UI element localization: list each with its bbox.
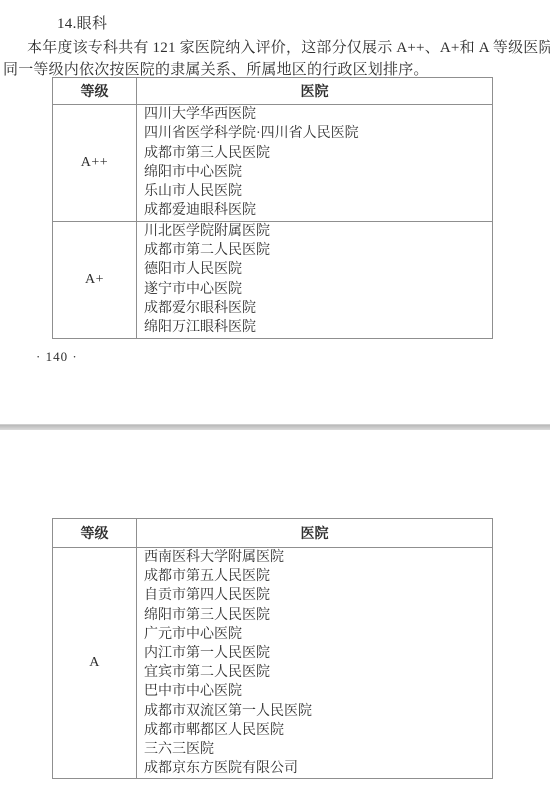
grade-table-page1: 等级 医院 A++ 四川大学华西医院四川省医学科学院·四川省人民医院成都市第三人…	[52, 77, 493, 339]
grade-table-page2: 等级 医院 A 西南医科大学附属医院成都市第五人民医院自贡市第四人民医院绵阳市第…	[52, 518, 493, 779]
hospital-name: 乐山市人民医院	[144, 182, 492, 201]
hospital-name: 四川大学华西医院	[144, 105, 492, 124]
hospital-name: 遂宁市中心医院	[144, 280, 492, 299]
hospital-name: 广元市中心医院	[144, 625, 492, 644]
document-page-1: 14.眼科 本年度该专科共有 121 家医院纳入评价，这部分仅展示 A++、A+…	[0, 0, 550, 424]
intro-paragraph-line-1: 本年度该专科共有 121 家医院纳入评价，这部分仅展示 A++、A+和 A 等级…	[27, 36, 550, 57]
hospital-name: 成都爱迪眼科医院	[144, 201, 492, 220]
grade-group-a-plus-plus: A++ 四川大学华西医院四川省医学科学院·四川省人民医院成都市第三人民医院绵阳市…	[53, 105, 492, 222]
column-header-grade: 等级	[53, 519, 137, 547]
column-header-hospital: 医院	[137, 78, 492, 104]
hospital-name: 成都市第三人民医院	[144, 144, 492, 163]
hospital-name: 四川省医学科学院·四川省人民医院	[144, 124, 492, 143]
hospital-list: 四川大学华西医院四川省医学科学院·四川省人民医院成都市第三人民医院绵阳市中心医院…	[137, 105, 492, 221]
hospital-name: 成都市第二人民医院	[144, 241, 492, 260]
hospital-name: 德阳市人民医院	[144, 260, 492, 279]
page-number: · 140 ·	[36, 349, 78, 365]
grade-label: A++	[53, 105, 137, 221]
hospital-name: 成都市第五人民医院	[144, 567, 492, 586]
hospital-name: 川北医学院附属医院	[144, 222, 492, 241]
hospital-name: 内江市第一人民医院	[144, 644, 492, 663]
intro-paragraph-line-2: 同一等级内依次按医院的隶属关系、所属地区的行政区划排序。	[3, 58, 429, 79]
hospital-name: 绵阳市第三人民医院	[144, 606, 492, 625]
hospital-list: 川北医学院附属医院成都市第二人民医院德阳市人民医院遂宁市中心医院成都爱尔眼科医院…	[137, 222, 492, 338]
grade-label: A	[53, 548, 137, 778]
hospital-name: 西南医科大学附属医院	[144, 548, 492, 567]
hospital-name: 三六三医院	[144, 740, 492, 759]
hospital-name: 宜宾市第二人民医院	[144, 663, 492, 682]
hospital-name: 绵阳万江眼科医院	[144, 318, 492, 337]
grade-group-a: A 西南医科大学附属医院成都市第五人民医院自贡市第四人民医院绵阳市第三人民医院广…	[53, 548, 492, 778]
section-title: 14.眼科	[57, 12, 107, 33]
hospital-name: 成都京东方医院有限公司	[144, 759, 492, 778]
table-header-row: 等级 医院	[53, 78, 492, 105]
grade-label: A+	[53, 222, 137, 338]
table-header-row: 等级 医院	[53, 519, 492, 548]
hospital-name: 绵阳市中心医院	[144, 163, 492, 182]
column-header-grade: 等级	[53, 78, 137, 104]
column-header-hospital: 医院	[137, 519, 492, 547]
grade-group-a-plus: A+ 川北医学院附属医院成都市第二人民医院德阳市人民医院遂宁市中心医院成都爱尔眼…	[53, 222, 492, 338]
hospital-name: 成都市双流区第一人民医院	[144, 702, 492, 721]
hospital-name: 成都市郫都区人民医院	[144, 721, 492, 740]
document-page-2: 等级 医院 A 西南医科大学附属医院成都市第五人民医院自贡市第四人民医院绵阳市第…	[0, 430, 550, 795]
hospital-name: 巴中市中心医院	[144, 682, 492, 701]
hospital-list: 西南医科大学附属医院成都市第五人民医院自贡市第四人民医院绵阳市第三人民医院广元市…	[137, 548, 492, 778]
hospital-name: 自贡市第四人民医院	[144, 586, 492, 605]
hospital-name: 成都爱尔眼科医院	[144, 299, 492, 318]
